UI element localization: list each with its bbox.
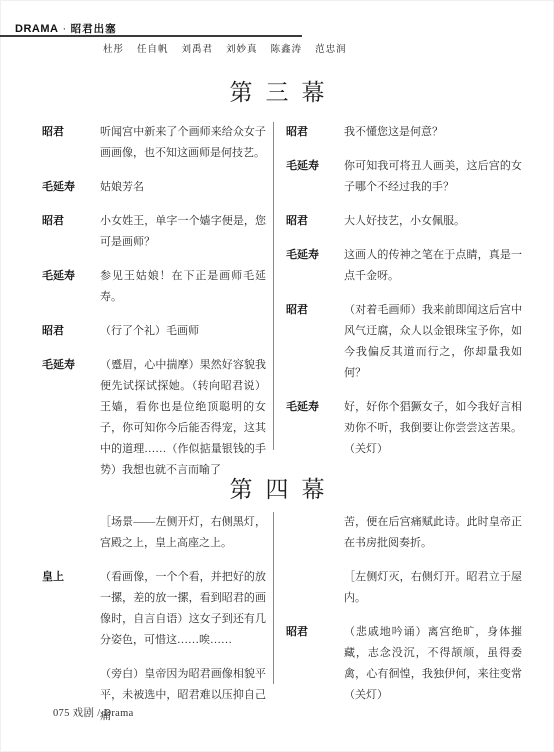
dialogue-text: 你可知我可将丑人画美，这后宫的女子哪个不经过我的手？ [344,156,522,198]
author-name: 范忠润 [315,45,347,55]
footer-section-zh: 戏剧 [73,708,95,719]
act-4-right-column: 苦，便在后宫痛赋此诗。此时皇帝正在书房批阅奏折。［左侧灯灭，右侧灯开。昭君立于屋… [286,512,522,740]
author-name: 刘妙真 [226,45,258,55]
dialogue-entry: 昭君小女姓王，单字一个嫱字便是，您可是画师？ [42,211,266,253]
dialogue-entry: 昭君（对着毛画师）我来前即闻这后宫中风气迂腐，众人以金银珠宝予你，如今我偏反其道… [286,300,522,384]
dialogue-entry: 毛延寿这画人的传神之笔在于点睛，真是一点千金呀。 [286,245,522,287]
speaker-label: 毛延寿 [42,177,100,198]
speaker-label: 昭君 [286,300,344,384]
dialogue-text: 好，好你个猖獗女子，如今我好言相劝你不听，我倒要让你尝尝这苦果。（关灯） [344,397,522,460]
speaker-label: 昭君 [42,321,100,342]
dialogue-entry: 毛延寿你可知我可将丑人画美，这后宫的女子哪个不经过我的手？ [286,156,522,198]
speaker-label: 昭君 [286,211,344,232]
dialogue-entry: 毛延寿姑娘芳名 [42,177,266,198]
dialogue-entry: 毛延寿参见王姑娘！在下正是画师毛延寿。 [42,266,266,308]
header-rule [0,35,302,37]
act-3-right-column: 昭君我不懂您这是何意？毛延寿你可知我可将丑人画美，这后宫的女子哪个不经过我的手？… [286,122,522,494]
author-name: 任自帆 [137,45,169,55]
dialogue-text: ［场景——左侧开灯，右侧黑灯，宫殿之上，皇上高座之上。 [100,512,266,554]
page-footer: 075戏剧/Drama [53,705,137,720]
speaker-label: 毛延寿 [286,397,344,460]
act-title-4: 第四幕 [0,471,554,504]
author-name: 陈鑫涛 [271,45,303,55]
dialogue-text: 听闻宫中新来了个画师来给众女子画画像，也不知这画师是何技艺。 [100,122,266,164]
dialogue-entry: 昭君我不懂您这是何意？ [286,122,522,143]
speaker-label: 毛延寿 [286,245,344,287]
dialogue-text: 我不懂您这是何意？ [344,122,522,143]
dialogue-entry: 苦，便在后宫痛赋此诗。此时皇帝正在书房批阅奏折。 [286,512,522,554]
dialogue-text: （蹙眉，心中揣摩）果然好容貌我便先试探试探她。（转向昭君说）王嫱，看你也是位绝顶… [100,355,266,481]
speaker-label: 毛延寿 [42,266,100,308]
speaker-label: 皇上 [42,567,100,651]
column-divider [273,512,274,684]
dialogue-entry: 昭君（悲戚地吟诵）离宫绝旷，身体摧藏，志念没沉，不得颉颃，虽得委禽，心有徊惶，我… [286,622,522,706]
page-header: DRAMA·昭君出塞 [15,21,117,36]
magazine-page: DRAMA·昭君出塞 杜彤任自帆刘禹君刘妙真陈鑫涛范忠润 第三幕 昭君听闻宫中新… [0,0,554,752]
footer-separator: / [97,708,100,719]
dialogue-text: （行了个礼）毛画师 [100,321,266,342]
work-title: 昭君出塞 [71,23,117,35]
speaker-label: 毛延寿 [286,156,344,198]
act-3-left-column: 昭君听闻宫中新来了个画师来给众女子画画像，也不知这画师是何技艺。毛延寿姑娘芳名昭… [42,122,266,494]
dialogue-text: （悲戚地吟诵）离宫绝旷，身体摧藏，志念没沉，不得颉颃，虽得委禽，心有徊惶，我独伊… [344,622,522,706]
speaker-label: 毛延寿 [42,355,100,481]
speaker-label [286,512,344,554]
dialogue-entry: ［左侧灯灭，右侧灯开。昭君立于屋内。 [286,567,522,609]
category-label: DRAMA [15,23,58,35]
author-name: 刘禹君 [182,45,214,55]
separator-dot: · [62,23,66,35]
dialogue-entry: 皇上（看画像，一个个看，并把好的放一摞，差的放一摞，看到昭君的画像时，自言自语）… [42,567,266,651]
dialogue-entry: 毛延寿（蹙眉，心中揣摩）果然好容貌我便先试探试探她。（转向昭君说）王嫱，看你也是… [42,355,266,481]
dialogue-entry: ［场景——左侧开灯，右侧黑灯，宫殿之上，皇上高座之上。 [42,512,266,554]
speaker-label: 昭君 [42,211,100,253]
dialogue-text: 大人好技艺，小女佩服。 [344,211,522,232]
dialogue-text: 小女姓王，单字一个嫱字便是，您可是画师？ [100,211,266,253]
authors-row: 杜彤任自帆刘禹君刘妙真陈鑫涛范忠润 [103,41,360,55]
dialogue-entry: 昭君大人好技艺，小女佩服。 [286,211,522,232]
dialogue-text: 这画人的传神之笔在于点睛，真是一点千金呀。 [344,245,522,287]
dialogue-text: 苦，便在后宫痛赋此诗。此时皇帝正在书房批阅奏折。 [344,512,522,554]
dialogue-entry: 毛延寿好，好你个猖獗女子，如今我好言相劝你不听，我倒要让你尝尝这苦果。（关灯） [286,397,522,460]
dialogue-text: （对着毛画师）我来前即闻这后宫中风气迂腐，众人以金银珠宝予你，如今我偏反其道而行… [344,300,522,384]
speaker-label: 昭君 [286,122,344,143]
dialogue-entry: 昭君（行了个礼）毛画师 [42,321,266,342]
author-name: 杜彤 [103,45,124,55]
speaker-label [42,512,100,554]
speaker-label: 昭君 [42,122,100,164]
page-number: 075 [53,708,70,719]
dialogue-text: （看画像，一个个看，并把好的放一摞，差的放一摞，看到昭君的画像时，自言自语）这女… [100,567,266,651]
dialogue-text: ［左侧灯灭，右侧灯开。昭君立于屋内。 [344,567,522,609]
act-3-columns: 昭君听闻宫中新来了个画师来给众女子画画像，也不知这画师是何技艺。毛延寿姑娘芳名昭… [42,122,522,494]
dialogue-entry: 昭君听闻宫中新来了个画师来给众女子画画像，也不知这画师是何技艺。 [42,122,266,164]
column-divider [273,122,274,450]
act-title-3: 第三幕 [0,74,554,107]
dialogue-text: 姑娘芳名 [100,177,266,198]
speaker-label [286,567,344,609]
footer-section-en: Drama [103,708,133,719]
dialogue-text: 参见王姑娘！在下正是画师毛延寿。 [100,266,266,308]
speaker-label: 昭君 [286,622,344,706]
